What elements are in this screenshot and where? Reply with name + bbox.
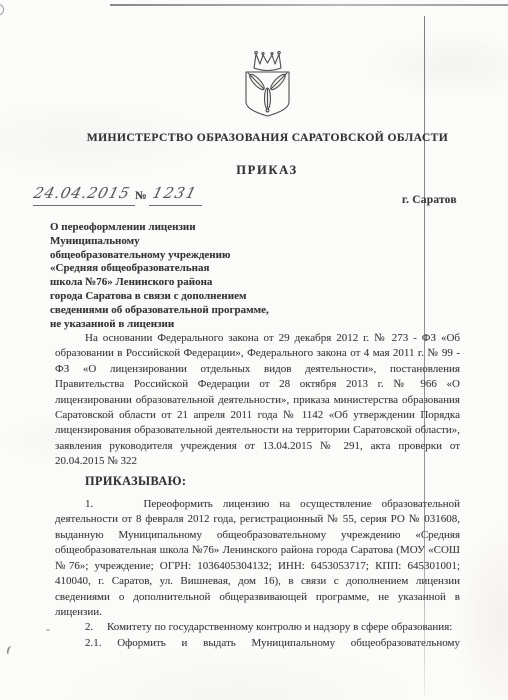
handwritten-date: 24.04.2015 xyxy=(28,184,136,202)
handwritten-order-number: 1231 xyxy=(146,184,204,202)
order-item-2: 2. Комитету по государственному контролю… xyxy=(55,620,460,635)
city-label: г. Саратов xyxy=(402,194,457,206)
number-underline xyxy=(149,205,202,206)
scanned-order-page: МИНИСТЕРСТВО ОБРАЗОВАНИЯ САРАТОВСКОЙ ОБЛ… xyxy=(0,0,508,700)
date-underline xyxy=(33,205,135,206)
number-sign-label: № xyxy=(135,190,147,202)
scan-dot-mark xyxy=(46,629,50,631)
order-body-text: На основании Федерального закона от 29 д… xyxy=(55,331,460,651)
order-subject: О переоформлении лицензии Муниципальному… xyxy=(50,221,360,331)
order-item-2-1: 2.1. Оформить и выдать Муниципальному об… xyxy=(55,636,460,651)
saratov-coat-of-arms-icon xyxy=(240,46,295,118)
order-item-1: 1. Переоформить лицензию на осуществлени… xyxy=(55,497,460,620)
scan-top-edge-line xyxy=(110,4,508,6)
pen-smudge-mark xyxy=(6,645,14,655)
scan-edge-mark xyxy=(0,4,4,16)
legal-basis-paragraph: На основании Федерального закона от 29 д… xyxy=(55,331,460,470)
ministry-title: МИНИСТЕРСТВО ОБРАЗОВАНИЯ САРАТОВСКОЙ ОБЛ… xyxy=(70,131,465,144)
document-type-heading: ПРИКАЗ xyxy=(167,163,367,178)
order-heading: ПРИКАЗЫВАЮ: xyxy=(55,474,460,489)
